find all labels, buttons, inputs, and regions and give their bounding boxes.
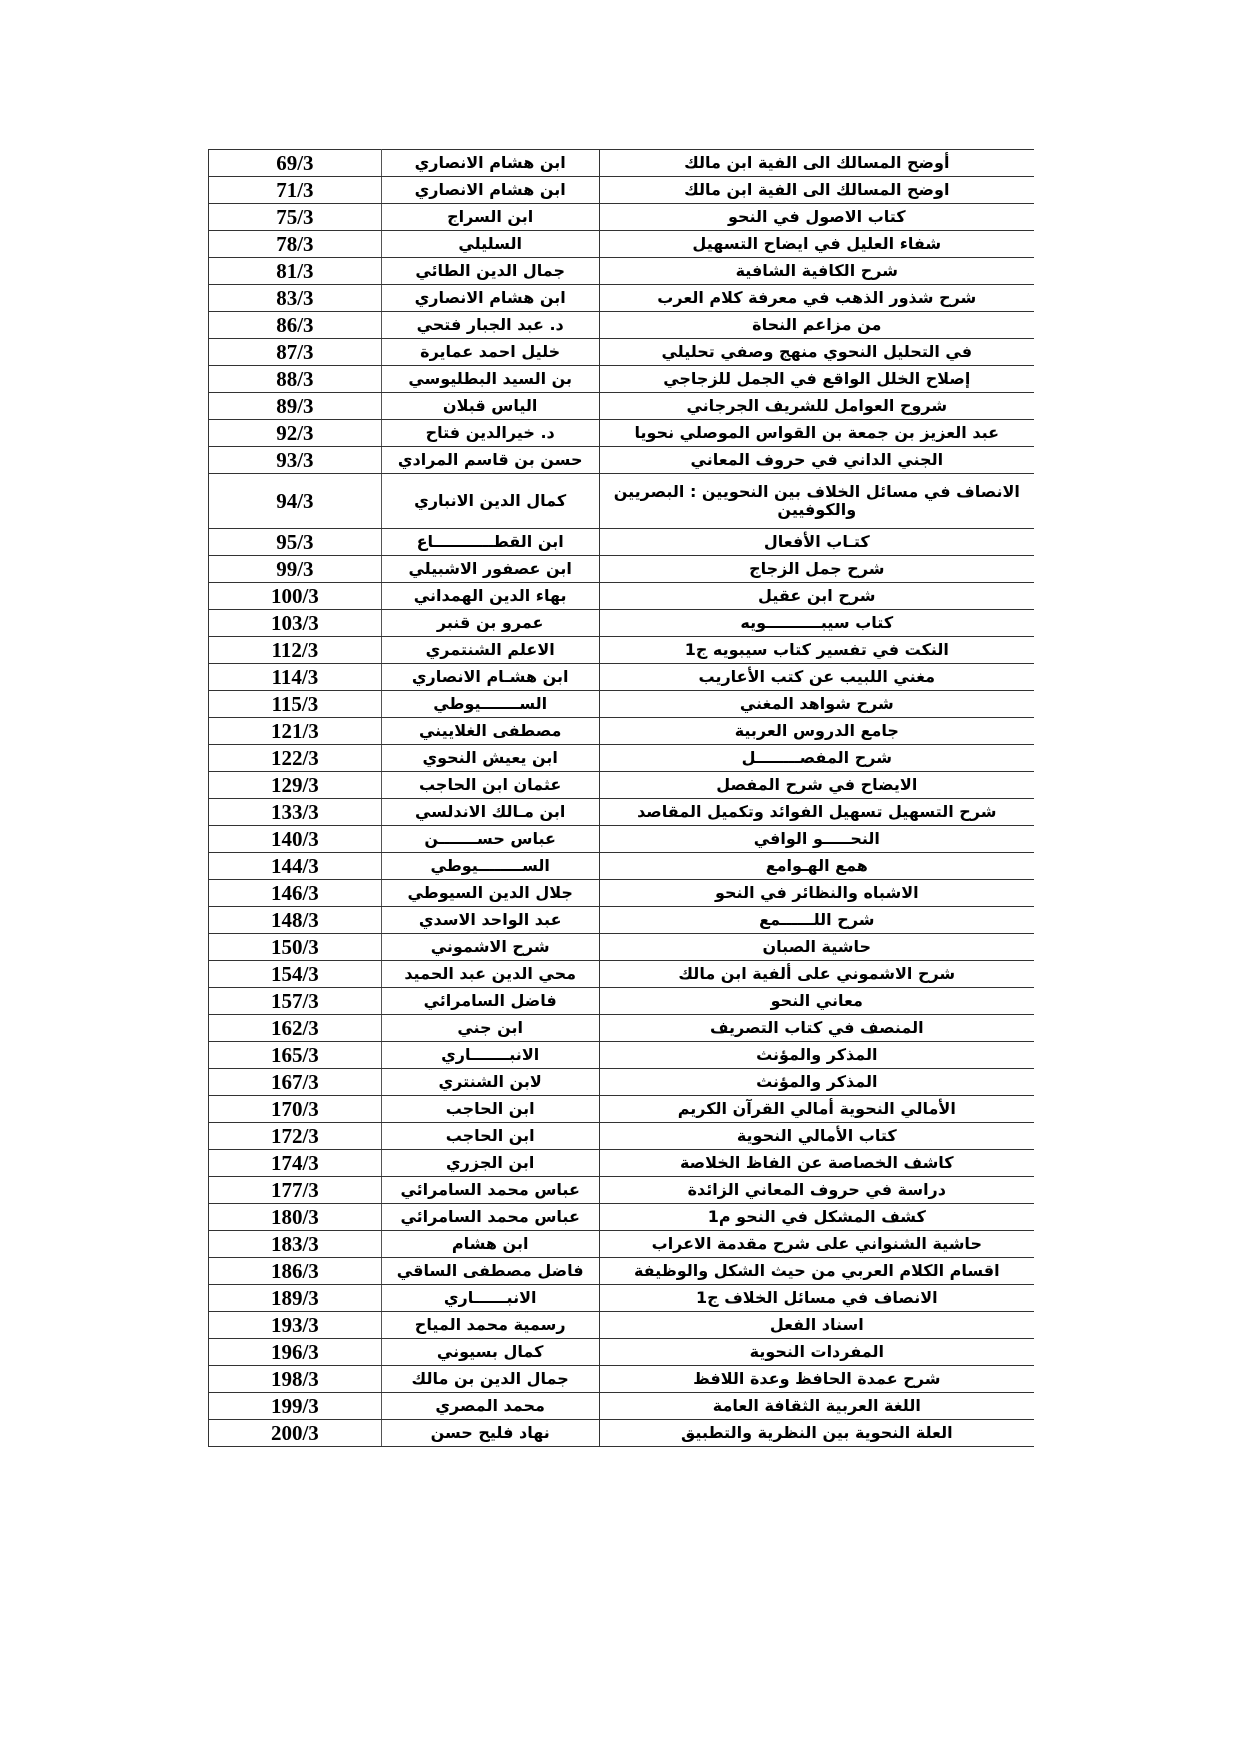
- title-cell: شرح شواهد المغني: [599, 691, 1034, 718]
- title-cell: معاني النحو: [599, 988, 1034, 1015]
- table-row: 154/3 محي الدين عبد الحميد شرح الاشموني …: [209, 961, 1035, 988]
- title-cell: جامع الدروس العربية: [599, 718, 1034, 745]
- title-cell: دراسة في حروف المعاني الزائدة: [599, 1177, 1034, 1204]
- author-cell: ابن هشام الانصاري: [381, 285, 599, 312]
- author-cell: جمال الدين الطائي: [381, 258, 599, 285]
- author-cell: مصطفى الغلاييني: [381, 718, 599, 745]
- call-number-cell: 193/3: [209, 1312, 382, 1339]
- author-cell: ابن هشام الانصاري: [381, 177, 599, 204]
- table-row: 78/3 السليلي شفاء العليل في ايضاح التسهي…: [209, 231, 1035, 258]
- author-cell: ابن جني: [381, 1015, 599, 1042]
- call-number-cell: 150/3: [209, 934, 382, 961]
- call-number-cell: 89/3: [209, 393, 382, 420]
- title-cell: شرح المفصــــــــل: [599, 745, 1034, 772]
- title-cell: إصلاح الخلل الواقع في الجمل للزجاجي: [599, 366, 1034, 393]
- author-cell: نهاد فليح حسن: [381, 1420, 599, 1447]
- title-cell: في التحليل النحوي منهج وصفي تحليلي: [599, 339, 1034, 366]
- title-cell: عبد العزيز بن جمعة بن القواس الموصلي نحو…: [599, 420, 1034, 447]
- call-number-cell: 177/3: [209, 1177, 382, 1204]
- call-number-cell: 78/3: [209, 231, 382, 258]
- author-cell: ابن مـالك الاندلسي: [381, 799, 599, 826]
- table-row: 140/3 عباس حســـــــن النحـــــو الوافي: [209, 826, 1035, 853]
- author-cell: ابن هشـام الانصاري: [381, 664, 599, 691]
- author-cell: الياس قبلان: [381, 393, 599, 420]
- title-cell: اللغة العربية الثقافة العامة: [599, 1393, 1034, 1420]
- title-cell: الايضاح في شرح المفصل: [599, 772, 1034, 799]
- call-number-cell: 86/3: [209, 312, 382, 339]
- call-number-cell: 100/3: [209, 583, 382, 610]
- table-row: 114/3 ابن هشـام الانصاري مغني اللبيب عن …: [209, 664, 1035, 691]
- author-cell: فاضل السامرائي: [381, 988, 599, 1015]
- author-cell: كمال بسيوني: [381, 1339, 599, 1366]
- title-cell: الاشباه والنظائر في النحو: [599, 880, 1034, 907]
- title-cell: شرح الاشموني على ألفية ابن مالك: [599, 961, 1034, 988]
- title-cell: النحـــــو الوافي: [599, 826, 1034, 853]
- title-cell: شرح عمدة الحافظ وعدة اللافظ: [599, 1366, 1034, 1393]
- call-number-cell: 162/3: [209, 1015, 382, 1042]
- author-cell: الاعلم الشنتمري: [381, 637, 599, 664]
- call-number-cell: 154/3: [209, 961, 382, 988]
- title-cell: كاشف الخصاصة عن الفاظ الخلاصة: [599, 1150, 1034, 1177]
- author-cell: عباس محمد السامرائي: [381, 1177, 599, 1204]
- table-row: 89/3 الياس قبلان شروح العوامل للشريف الج…: [209, 393, 1035, 420]
- call-number-cell: 103/3: [209, 610, 382, 637]
- table-row: 183/3 ابن هشام حاشية الشنواني على شرح مق…: [209, 1231, 1035, 1258]
- call-number-cell: 75/3: [209, 204, 382, 231]
- author-cell: ابن يعيش النحوي: [381, 745, 599, 772]
- author-cell: الانبـــــــاري: [381, 1042, 599, 1069]
- table-row: 133/3 ابن مـالك الاندلسي شرح التسهيل تسه…: [209, 799, 1035, 826]
- call-number-cell: 180/3: [209, 1204, 382, 1231]
- call-number-cell: 186/3: [209, 1258, 382, 1285]
- table-row: 144/3 الســــــــيوطي همع الهـوامع: [209, 853, 1035, 880]
- table-row: 69/3 ابن هشام الانصاري أوضح المسالك الى …: [209, 150, 1035, 177]
- call-number-cell: 93/3: [209, 447, 382, 474]
- call-number-cell: 183/3: [209, 1231, 382, 1258]
- title-cell: اوضح المسالك الى الفية ابن مالك: [599, 177, 1034, 204]
- table-row: 122/3 ابن يعيش النحوي شرح المفصــــــــل: [209, 745, 1035, 772]
- title-cell: همع الهـوامع: [599, 853, 1034, 880]
- author-cell: عباس حســـــــن: [381, 826, 599, 853]
- call-number-cell: 167/3: [209, 1069, 382, 1096]
- books-table-body: 69/3 ابن هشام الانصاري أوضح المسالك الى …: [209, 150, 1035, 1447]
- call-number-cell: 87/3: [209, 339, 382, 366]
- title-cell: العلة النحوية بين النظرية والتطبيق: [599, 1420, 1034, 1447]
- call-number-cell: 94/3: [209, 474, 382, 529]
- author-cell: الانبــــــاري: [381, 1285, 599, 1312]
- table-row: 162/3 ابن جني المنصف في كتاب التصريف: [209, 1015, 1035, 1042]
- author-cell: خليل احمد عمايرة: [381, 339, 599, 366]
- call-number-cell: 95/3: [209, 529, 382, 556]
- author-cell: جمال الدين بن مالك: [381, 1366, 599, 1393]
- author-cell: عثمان ابن الحاجب: [381, 772, 599, 799]
- call-number-cell: 83/3: [209, 285, 382, 312]
- table-row: 196/3 كمال بسيوني المفردات النحوية: [209, 1339, 1035, 1366]
- title-cell: شرح التسهيل تسهيل الفوائد وتكميل المقاصد: [599, 799, 1034, 826]
- call-number-cell: 146/3: [209, 880, 382, 907]
- title-cell: المفردات النحوية: [599, 1339, 1034, 1366]
- author-cell: رسمية محمد المياح: [381, 1312, 599, 1339]
- title-cell: الانصاف في مسائل الخلاف ج1: [599, 1285, 1034, 1312]
- call-number-cell: 88/3: [209, 366, 382, 393]
- books-table: 69/3 ابن هشام الانصاري أوضح المسالك الى …: [208, 149, 1034, 1447]
- table-row: 112/3 الاعلم الشنتمري النكت في تفسير كتا…: [209, 637, 1035, 664]
- call-number-cell: 129/3: [209, 772, 382, 799]
- title-cell: كتاب الاصول في النحو: [599, 204, 1034, 231]
- title-cell: حاشية الشنواني على شرح مقدمة الاعراب: [599, 1231, 1034, 1258]
- author-cell: ابن السراج: [381, 204, 599, 231]
- table-row: 180/3 عباس محمد السامرائي كشف المشكل في …: [209, 1204, 1035, 1231]
- author-cell: ابن الحاجب: [381, 1123, 599, 1150]
- title-cell: الانصاف في مسائل الخلاف بين النحويين : ا…: [599, 474, 1034, 529]
- table-row: 200/3 نهاد فليح حسن العلة النحوية بين ال…: [209, 1420, 1035, 1447]
- table-row: 129/3 عثمان ابن الحاجب الايضاح في شرح ال…: [209, 772, 1035, 799]
- author-cell: ابن الجزري: [381, 1150, 599, 1177]
- table-row: 174/3 ابن الجزري كاشف الخصاصة عن الفاظ ا…: [209, 1150, 1035, 1177]
- table-row: 92/3 د. خيرالدين فتاح عبد العزيز بن جمعة…: [209, 420, 1035, 447]
- author-cell: جلال الدين السيوطي: [381, 880, 599, 907]
- author-cell: محي الدين عبد الحميد: [381, 961, 599, 988]
- author-cell: شرح الاشموني: [381, 934, 599, 961]
- table-row: 157/3 فاضل السامرائي معاني النحو: [209, 988, 1035, 1015]
- call-number-cell: 92/3: [209, 420, 382, 447]
- author-cell: عباس محمد السامرائي: [381, 1204, 599, 1231]
- title-cell: شروح العوامل للشريف الجرجاني: [599, 393, 1034, 420]
- table-row: 100/3 بهاء الدين الهمداني شرح ابن عقيل: [209, 583, 1035, 610]
- call-number-cell: 144/3: [209, 853, 382, 880]
- title-cell: المذكر والمؤنث: [599, 1042, 1034, 1069]
- author-cell: ابن هشام الانصاري: [381, 150, 599, 177]
- author-cell: ابن الحاجب: [381, 1096, 599, 1123]
- call-number-cell: 200/3: [209, 1420, 382, 1447]
- title-cell: اسناد الفعل: [599, 1312, 1034, 1339]
- table-row: 146/3 جلال الدين السيوطي الاشباه والنظائ…: [209, 880, 1035, 907]
- author-cell: محمد المصري: [381, 1393, 599, 1420]
- title-cell: كتاب سيبــــــــــويه: [599, 610, 1034, 637]
- title-cell: الأمالي النحوية أمالي القرآن الكريم: [599, 1096, 1034, 1123]
- table-row: 86/3 د. عبد الجبار فتحي من مزاعم النحاة: [209, 312, 1035, 339]
- title-cell: كتاب الأمالي النحوية: [599, 1123, 1034, 1150]
- call-number-cell: 140/3: [209, 826, 382, 853]
- title-cell: المنصف في كتاب التصريف: [599, 1015, 1034, 1042]
- author-cell: حسن بن قاسم المرادي: [381, 447, 599, 474]
- author-cell: فاضل مصطفى الساقي: [381, 1258, 599, 1285]
- table-row: 165/3 الانبـــــــاري المذكر والمؤنث: [209, 1042, 1035, 1069]
- table-row: 172/3 ابن الحاجب كتاب الأمالي النحوية: [209, 1123, 1035, 1150]
- title-cell: أوضح المسالك الى الفية ابن مالك: [599, 150, 1034, 177]
- title-cell: شرح ابن عقيل: [599, 583, 1034, 610]
- call-number-cell: 148/3: [209, 907, 382, 934]
- title-cell: مغني اللبيب عن كتب الأعاريب: [599, 664, 1034, 691]
- call-number-cell: 196/3: [209, 1339, 382, 1366]
- table-row: 167/3 لابن الشنتري المذكر والمؤنث: [209, 1069, 1035, 1096]
- author-cell: ابن هشام: [381, 1231, 599, 1258]
- author-cell: لابن الشنتري: [381, 1069, 599, 1096]
- table-row: 115/3 الســـــــيوطي شرح شواهد المغني: [209, 691, 1035, 718]
- call-number-cell: 172/3: [209, 1123, 382, 1150]
- call-number-cell: 170/3: [209, 1096, 382, 1123]
- title-cell: النكت في تفسير كتاب سيبويه ج1: [599, 637, 1034, 664]
- call-number-cell: 71/3: [209, 177, 382, 204]
- title-cell: شرح شذور الذهب في معرفة كلام العرب: [599, 285, 1034, 312]
- title-cell: اقسام الكلام العربي من حيث الشكل والوظيف…: [599, 1258, 1034, 1285]
- table-row: 95/3 ابن القطـــــــــــاع كتـاب الأفعال: [209, 529, 1035, 556]
- table-row: 93/3 حسن بن قاسم المرادي الجني الداني في…: [209, 447, 1035, 474]
- table-row: 189/3 الانبــــــاري الانصاف في مسائل ال…: [209, 1285, 1035, 1312]
- table-row: 99/3 ابن عصفور الاشبيلي شرح جمل الزجاج: [209, 556, 1035, 583]
- author-cell: ابن عصفور الاشبيلي: [381, 556, 599, 583]
- title-cell: الجني الداني في حروف المعاني: [599, 447, 1034, 474]
- table-row: 88/3 بن السيد البطليوسي إصلاح الخلل الوا…: [209, 366, 1035, 393]
- title-cell: شرح اللــــــمع: [599, 907, 1034, 934]
- document-page: 69/3 ابن هشام الانصاري أوضح المسالك الى …: [0, 0, 1239, 1754]
- call-number-cell: 133/3: [209, 799, 382, 826]
- call-number-cell: 115/3: [209, 691, 382, 718]
- table-row: 198/3 جمال الدين بن مالك شرح عمدة الحافظ…: [209, 1366, 1035, 1393]
- call-number-cell: 122/3: [209, 745, 382, 772]
- author-cell: بهاء الدين الهمداني: [381, 583, 599, 610]
- table-row: 177/3 عباس محمد السامرائي دراسة في حروف …: [209, 1177, 1035, 1204]
- author-cell: ابن القطـــــــــــاع: [381, 529, 599, 556]
- table-row: 94/3 كمال الدين الانباري الانصاف في مسائ…: [209, 474, 1035, 529]
- title-cell: حاشية الصبان: [599, 934, 1034, 961]
- call-number-cell: 198/3: [209, 1366, 382, 1393]
- author-cell: د. عبد الجبار فتحي: [381, 312, 599, 339]
- table-row: 71/3 ابن هشام الانصاري اوضح المسالك الى …: [209, 177, 1035, 204]
- table-row: 193/3 رسمية محمد المياح اسناد الفعل: [209, 1312, 1035, 1339]
- table-row: 170/3 ابن الحاجب الأمالي النحوية أمالي ا…: [209, 1096, 1035, 1123]
- title-cell: شرح الكافية الشافية: [599, 258, 1034, 285]
- author-cell: السليلي: [381, 231, 599, 258]
- author-cell: عمرو بن قنبر: [381, 610, 599, 637]
- call-number-cell: 112/3: [209, 637, 382, 664]
- title-cell: من مزاعم النحاة: [599, 312, 1034, 339]
- call-number-cell: 174/3: [209, 1150, 382, 1177]
- author-cell: الســــــــيوطي: [381, 853, 599, 880]
- table-row: 81/3 جمال الدين الطائي شرح الكافية الشاف…: [209, 258, 1035, 285]
- table-row: 83/3 ابن هشام الانصاري شرح شذور الذهب في…: [209, 285, 1035, 312]
- table-row: 148/3 عبد الواحد الاسدي شرح اللــــــمع: [209, 907, 1035, 934]
- author-cell: كمال الدين الانباري: [381, 474, 599, 529]
- call-number-cell: 157/3: [209, 988, 382, 1015]
- table-row: 103/3 عمرو بن قنبر كتاب سيبــــــــــويه: [209, 610, 1035, 637]
- title-cell: شرح جمل الزجاج: [599, 556, 1034, 583]
- author-cell: بن السيد البطليوسي: [381, 366, 599, 393]
- call-number-cell: 81/3: [209, 258, 382, 285]
- title-cell: كشف المشكل في النحو م1: [599, 1204, 1034, 1231]
- table-row: 150/3 شرح الاشموني حاشية الصبان: [209, 934, 1035, 961]
- author-cell: الســـــــيوطي: [381, 691, 599, 718]
- table-row: 199/3 محمد المصري اللغة العربية الثقافة …: [209, 1393, 1035, 1420]
- call-number-cell: 199/3: [209, 1393, 382, 1420]
- call-number-cell: 189/3: [209, 1285, 382, 1312]
- title-cell: كتـاب الأفعال: [599, 529, 1034, 556]
- call-number-cell: 121/3: [209, 718, 382, 745]
- title-cell: المذكر والمؤنث: [599, 1069, 1034, 1096]
- call-number-cell: 69/3: [209, 150, 382, 177]
- table-row: 75/3 ابن السراج كتاب الاصول في النحو: [209, 204, 1035, 231]
- title-cell: شفاء العليل في ايضاح التسهيل: [599, 231, 1034, 258]
- author-cell: عبد الواحد الاسدي: [381, 907, 599, 934]
- call-number-cell: 165/3: [209, 1042, 382, 1069]
- call-number-cell: 99/3: [209, 556, 382, 583]
- table-row: 87/3 خليل احمد عمايرة في التحليل النحوي …: [209, 339, 1035, 366]
- table-row: 186/3 فاضل مصطفى الساقي اقسام الكلام الع…: [209, 1258, 1035, 1285]
- author-cell: د. خيرالدين فتاح: [381, 420, 599, 447]
- table-row: 121/3 مصطفى الغلاييني جامع الدروس العربي…: [209, 718, 1035, 745]
- call-number-cell: 114/3: [209, 664, 382, 691]
